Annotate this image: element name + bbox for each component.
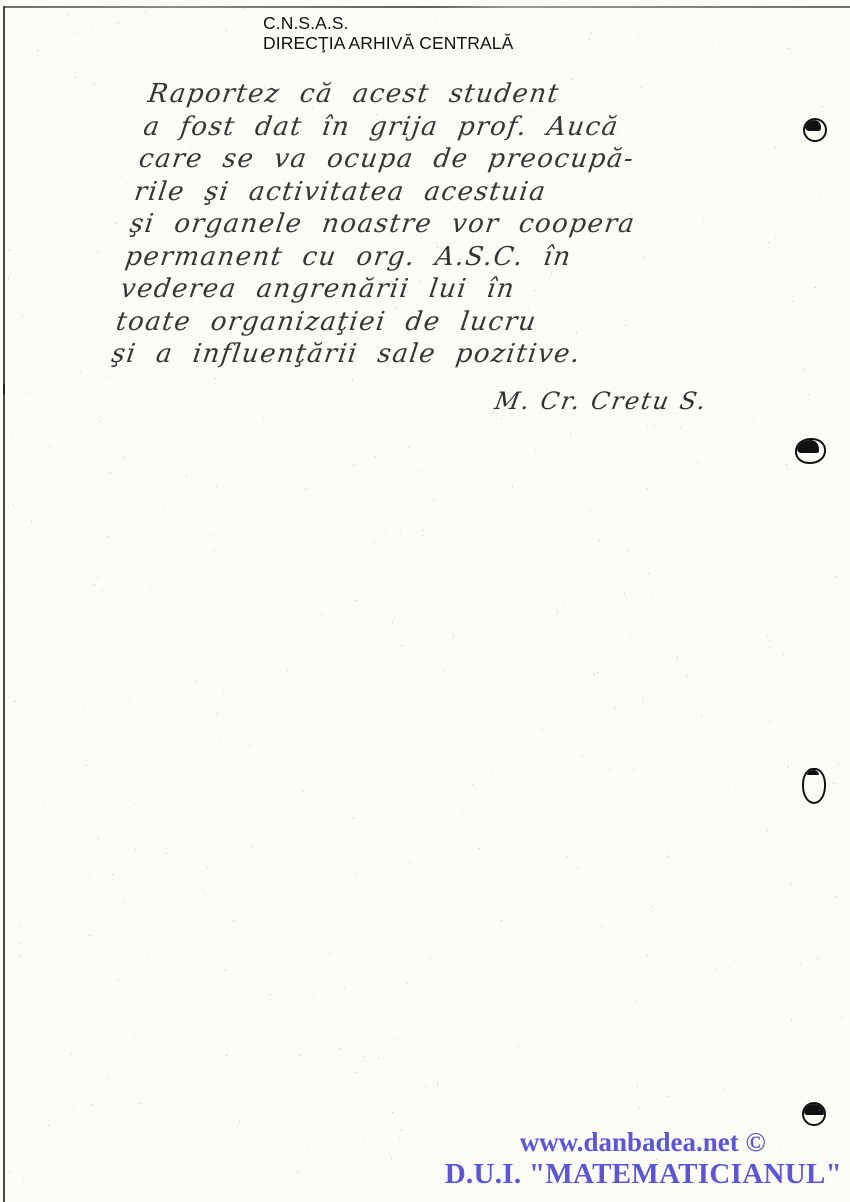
archive-stamp-header: C.N.S.A.S. DIRECŢIA ARHIVĂ CENTRALĂ [263,13,513,53]
watermark-file-name: D.U.I. "MATEMATICIANUL" [445,1158,842,1190]
handwritten-line: rile şi activitatea acestuia [132,176,717,209]
handwritten-signature: M. Cr. Cretu S. [493,387,710,415]
punch-hole-icon [803,118,827,142]
scan-top-edge [4,6,850,8]
handwritten-line: care se va ocupa de preocupă- [137,143,722,176]
website-watermark: www.danbadea.net © D.U.I. "MATEMATICIANU… [445,1126,842,1190]
handwritten-report: Raportez că acest student a fost dat în … [109,78,730,371]
scan-edge-notch [3,384,9,394]
header-directorate: DIRECŢIA ARHIVĂ CENTRALĂ [263,33,513,53]
scan-left-edge [3,6,5,1202]
handwritten-line: şi organele noastre vor coopera [128,208,713,241]
header-institution: C.N.S.A.S. [263,13,513,33]
watermark-url: www.danbadea.net © [445,1126,842,1158]
scanned-document-page: C.N.S.A.S. DIRECŢIA ARHIVĂ CENTRALĂ Rapo… [0,0,850,1202]
handwritten-line: permanent cu org. A.S.C. în [123,241,708,274]
punch-hole-icon [802,768,826,804]
punch-hole-icon [802,1102,826,1126]
handwritten-line: toate organizaţiei de lucru [114,306,699,339]
handwritten-line: vederea angrenării lui în [119,273,704,306]
handwritten-line: a fost dat în grija prof. Aucă [141,111,726,144]
handwritten-line: Raportez că acest student [146,78,731,111]
punch-hole-icon [795,438,826,464]
